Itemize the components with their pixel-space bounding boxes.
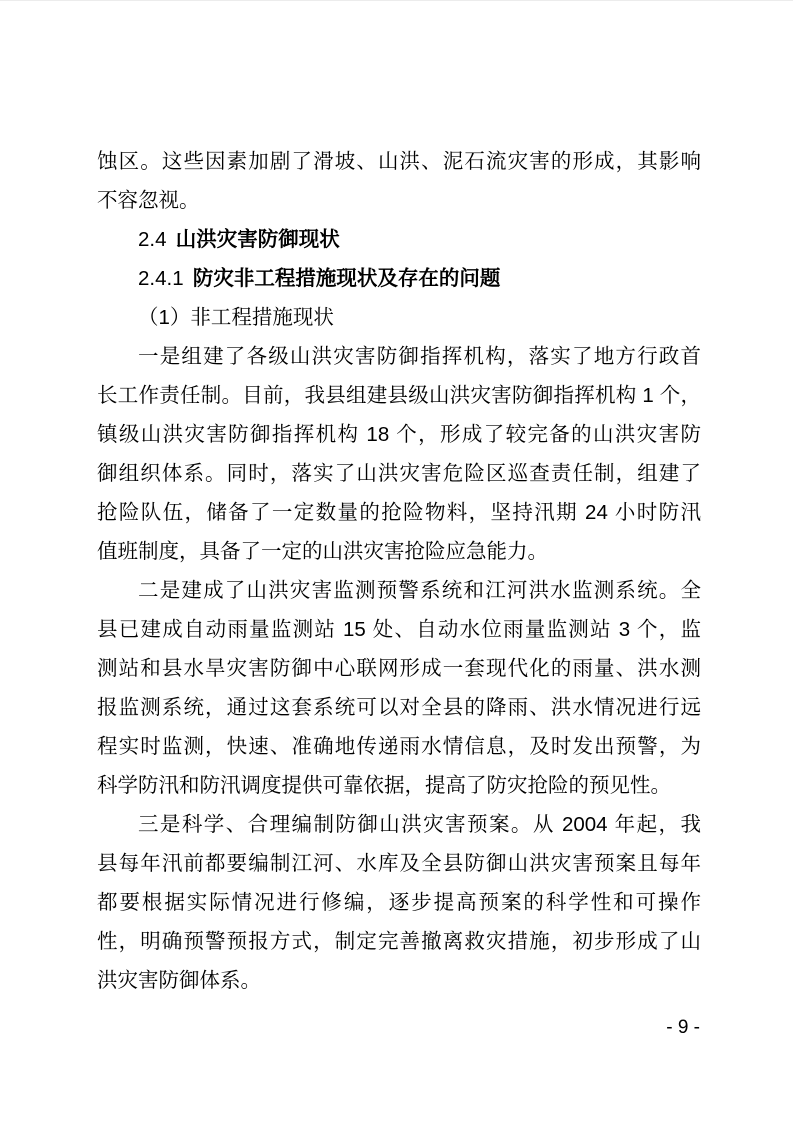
para1-line: 御组织体系。同时，落实了山洪灾害危险区巡查责任制，组建了 [97,454,701,493]
para3-line: 县每年汛前都要编制江河、水库及全县防御山洪灾害预案且每年 [97,844,701,883]
section-heading-2-4-1: 2.4.1防灾非工程措施现状及存在的问题 [97,259,701,298]
para2-line: 县已建成自动雨量监测站 15 处、自动水位雨量监测站 3 个，监 [97,610,701,649]
para2-line: 报监测系统，通过这套系统可以对全县的降雨、洪水情况进行远 [97,688,701,727]
intro-line-1: 蚀区。这些因素加剧了滑坡、山洪、泥石流灾害的形成，其影响 [97,142,701,181]
section-heading-2-4: 2.4山洪灾害防御现状 [97,220,701,259]
para2-line: 二是建成了山洪灾害监测预警系统和江河洪水监测系统。全 [97,571,701,610]
para1-line: 值班制度，具备了一定的山洪灾害抢险应急能力。 [97,532,701,571]
para1-line: 镇级山洪灾害防御指挥机构 18 个，形成了较完备的山洪灾害防 [97,415,701,454]
intro-line-2: 不容忽视。 [97,181,701,220]
para2-line: 程实时监测，快速、准确地传递雨水情信息，及时发出预警，为 [97,727,701,766]
para2-line: 测站和县水旱灾害防御中心联网形成一套现代化的雨量、洪水测 [97,649,701,688]
para2-line: 科学防汛和防汛调度提供可靠依据，提高了防灾抢险的预见性。 [97,766,701,805]
document-page: 蚀区。这些因素加剧了滑坡、山洪、泥石流灾害的形成，其影响 不容忽视。 2.4山洪… [0,0,793,1122]
heading-title: 防灾非工程措施现状及存在的问题 [193,267,501,290]
para3-line: 都要根据实际情况进行修编，逐步提高预案的科学性和可操作 [97,883,701,922]
page-number: - 9 - [666,1013,700,1043]
para3-line: 性，明确预警预报方式，制定完善撤离救灾措施，初步形成了山 [97,922,701,961]
para1-line: 抢险队伍，储备了一定数量的抢险物料，坚持汛期 24 小时防汛 [97,493,701,532]
heading-title: 山洪灾害防御现状 [176,228,340,251]
heading-number: 2.4 [138,228,167,251]
para1-line: 长工作责任制。目前，我县组建县级山洪灾害防御指挥机构 1 个， [97,376,701,415]
para3-line: 洪灾害防御体系。 [97,961,701,1000]
document-body: 蚀区。这些因素加剧了滑坡、山洪、泥石流灾害的形成，其影响 不容忽视。 2.4山洪… [97,142,701,1000]
para1-line: 一是组建了各级山洪灾害防御指挥机构，落实了地方行政首 [97,337,701,376]
subheading-nonengineering-status: （1）非工程措施现状 [97,298,701,337]
para3-line: 三是科学、合理编制防御山洪灾害预案。从 2004 年起，我 [97,805,701,844]
heading-number: 2.4.1 [138,267,184,290]
